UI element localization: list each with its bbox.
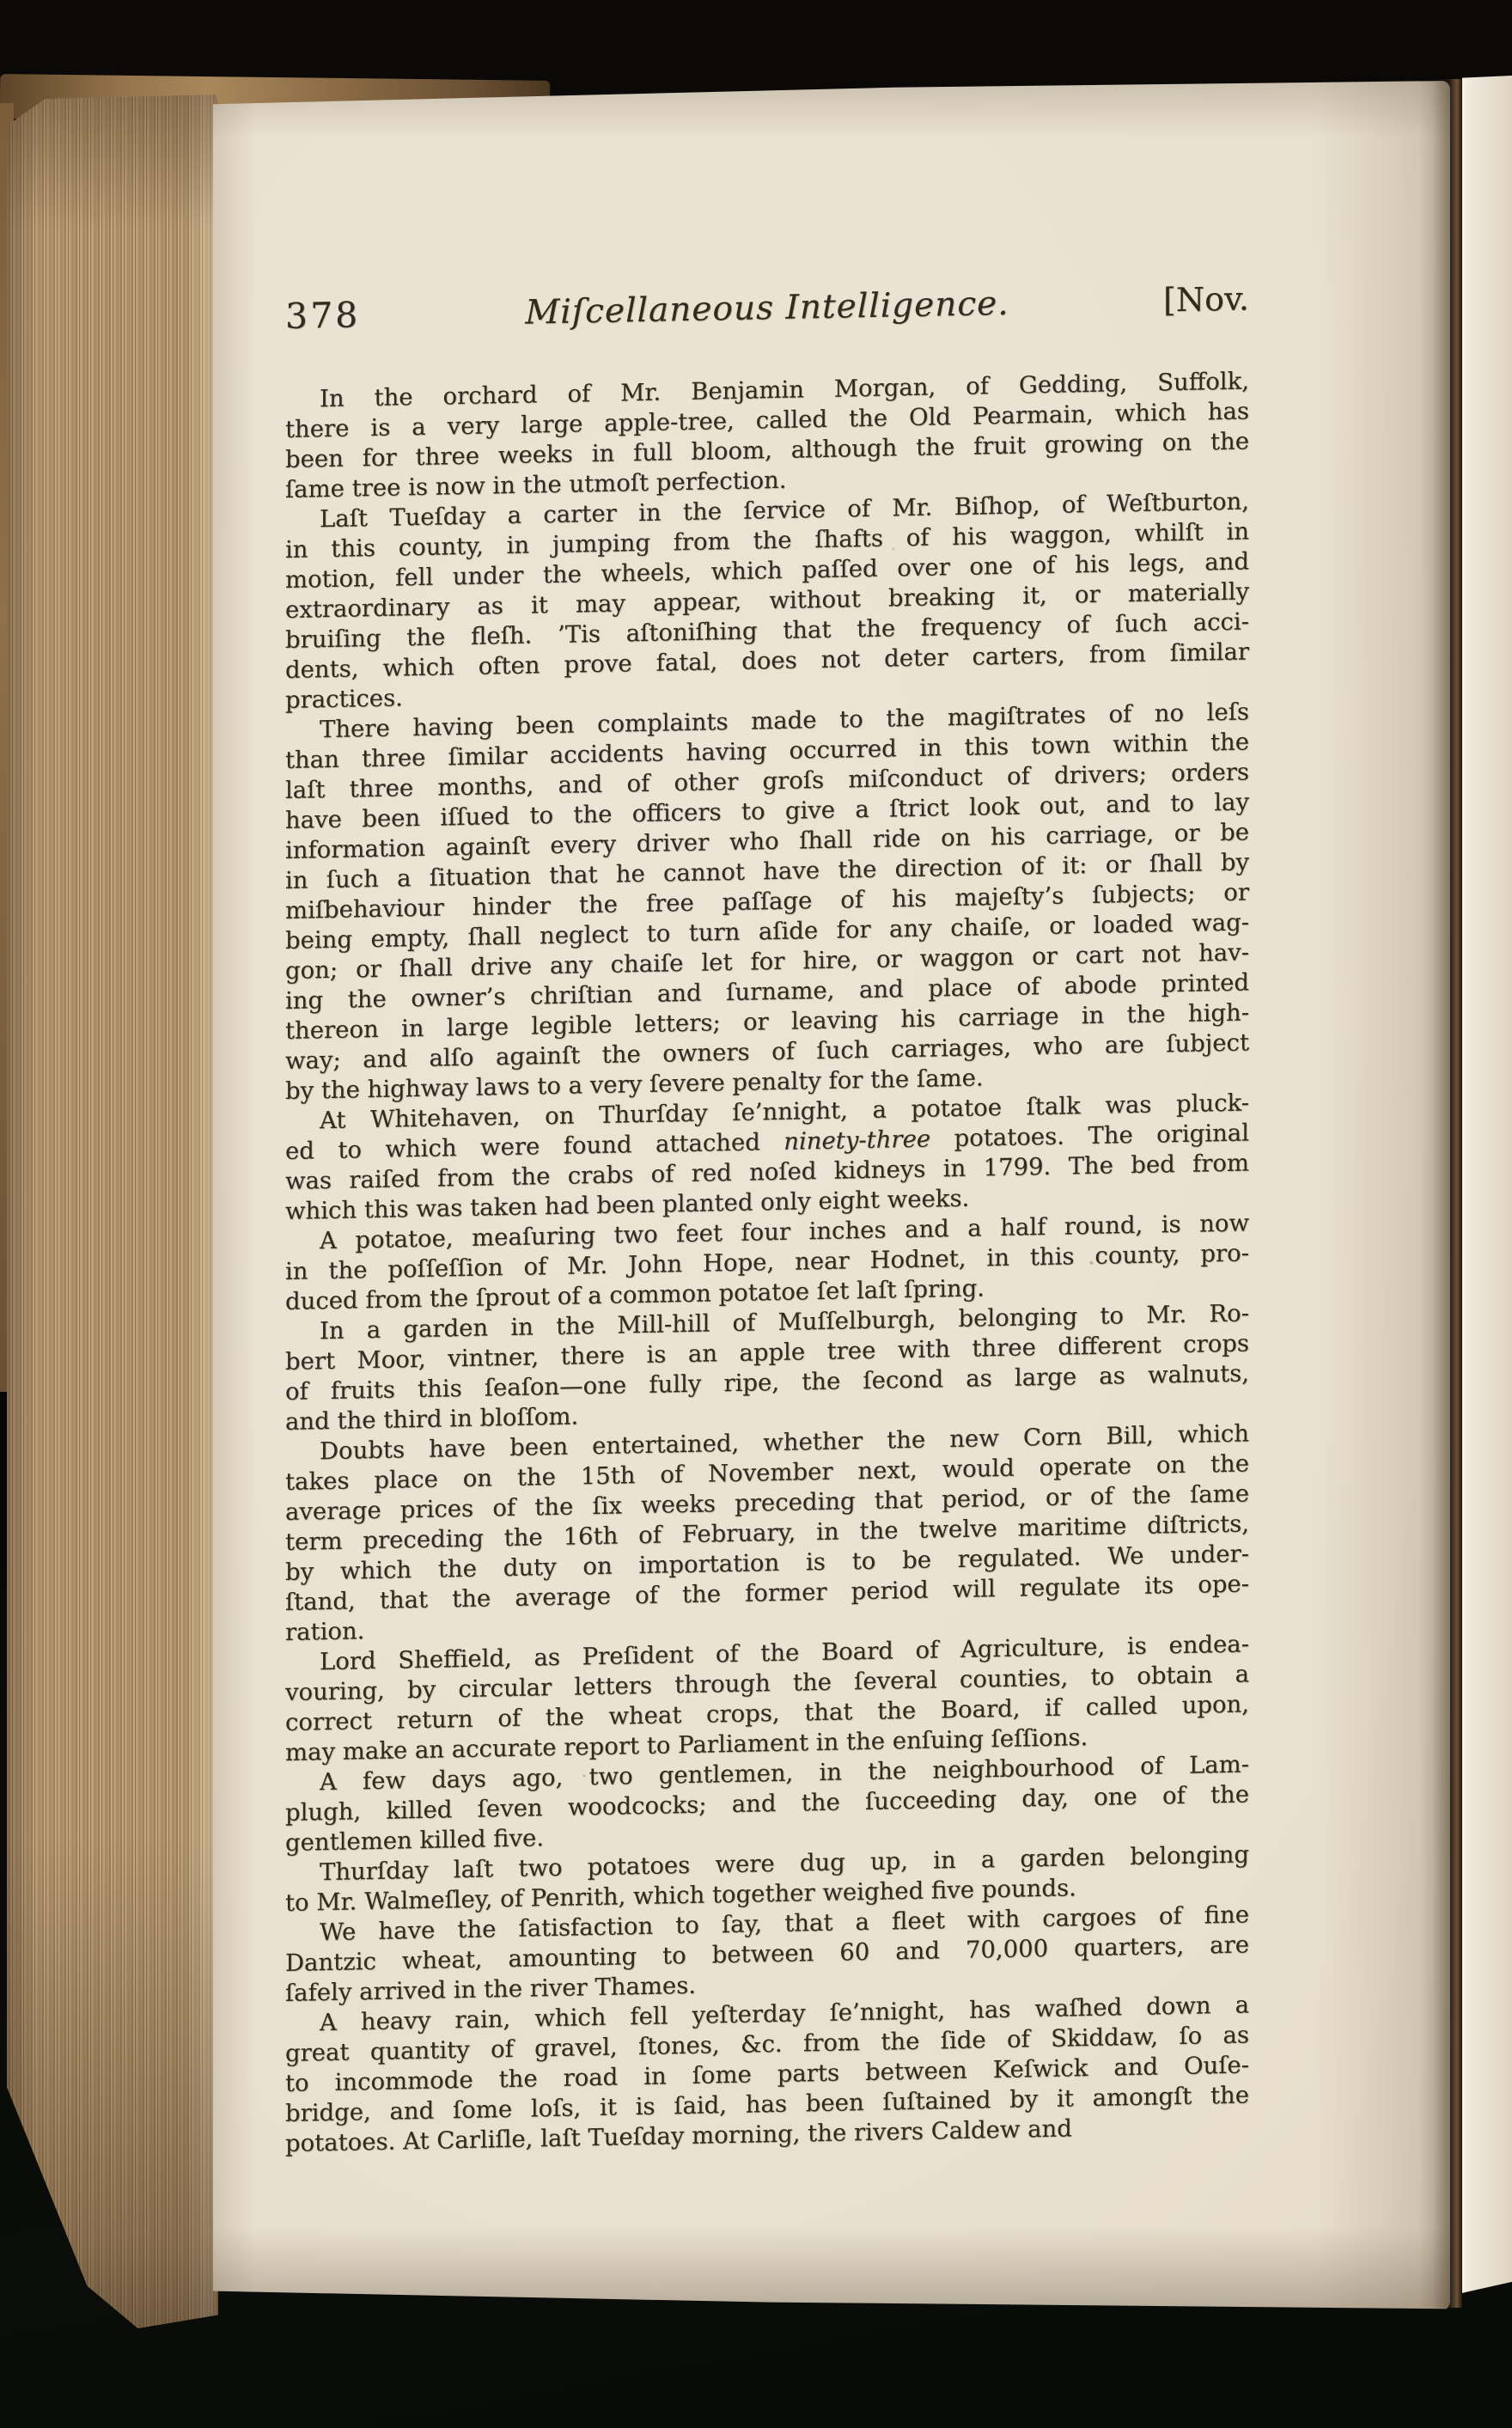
page-content: 378 Miſcellaneous Intelligence. [Nov. In… <box>285 277 1249 2159</box>
paragraph: Laſt Tueſday a carter in the ſervice of … <box>285 486 1249 716</box>
month-marker: [Nov. <box>1086 279 1249 320</box>
paragraph: Doubts have been entertained, whether th… <box>285 1418 1249 1648</box>
paragraph: In the orchard of Mr. Benjamin Morgan, o… <box>285 366 1249 505</box>
paragraph: In a garden in the Mill-hill of Muſſelbu… <box>285 1298 1249 1437</box>
gutter-shadow <box>1433 79 1462 2308</box>
book-page: 378 Miſcellaneous Intelligence. [Nov. In… <box>213 81 1450 2311</box>
paragraph: Lord Sheffield, as Preſident of the Boar… <box>285 1629 1249 1768</box>
paragraph: There having been complaints made to the… <box>285 697 1249 1107</box>
book-fore-edge <box>7 95 218 2328</box>
text-column: In the orchard of Mr. Benjamin Morgan, o… <box>285 366 1249 2159</box>
adjacent-page-edge <box>1462 76 1512 2297</box>
paragraph: At Whitehaven, on Thurſday ſe’nnight, a … <box>285 1088 1249 1227</box>
page-number: 378 <box>285 292 448 337</box>
photo-background: 378 Miſcellaneous Intelligence. [Nov. In… <box>0 0 1512 2428</box>
paragraph: A heavy rain, which fell yeſterday ſe’nn… <box>285 1990 1249 2159</box>
page-header: 378 Miſcellaneous Intelligence. [Nov. <box>285 277 1249 337</box>
running-title: Miſcellaneous Intelligence. <box>448 283 1086 333</box>
